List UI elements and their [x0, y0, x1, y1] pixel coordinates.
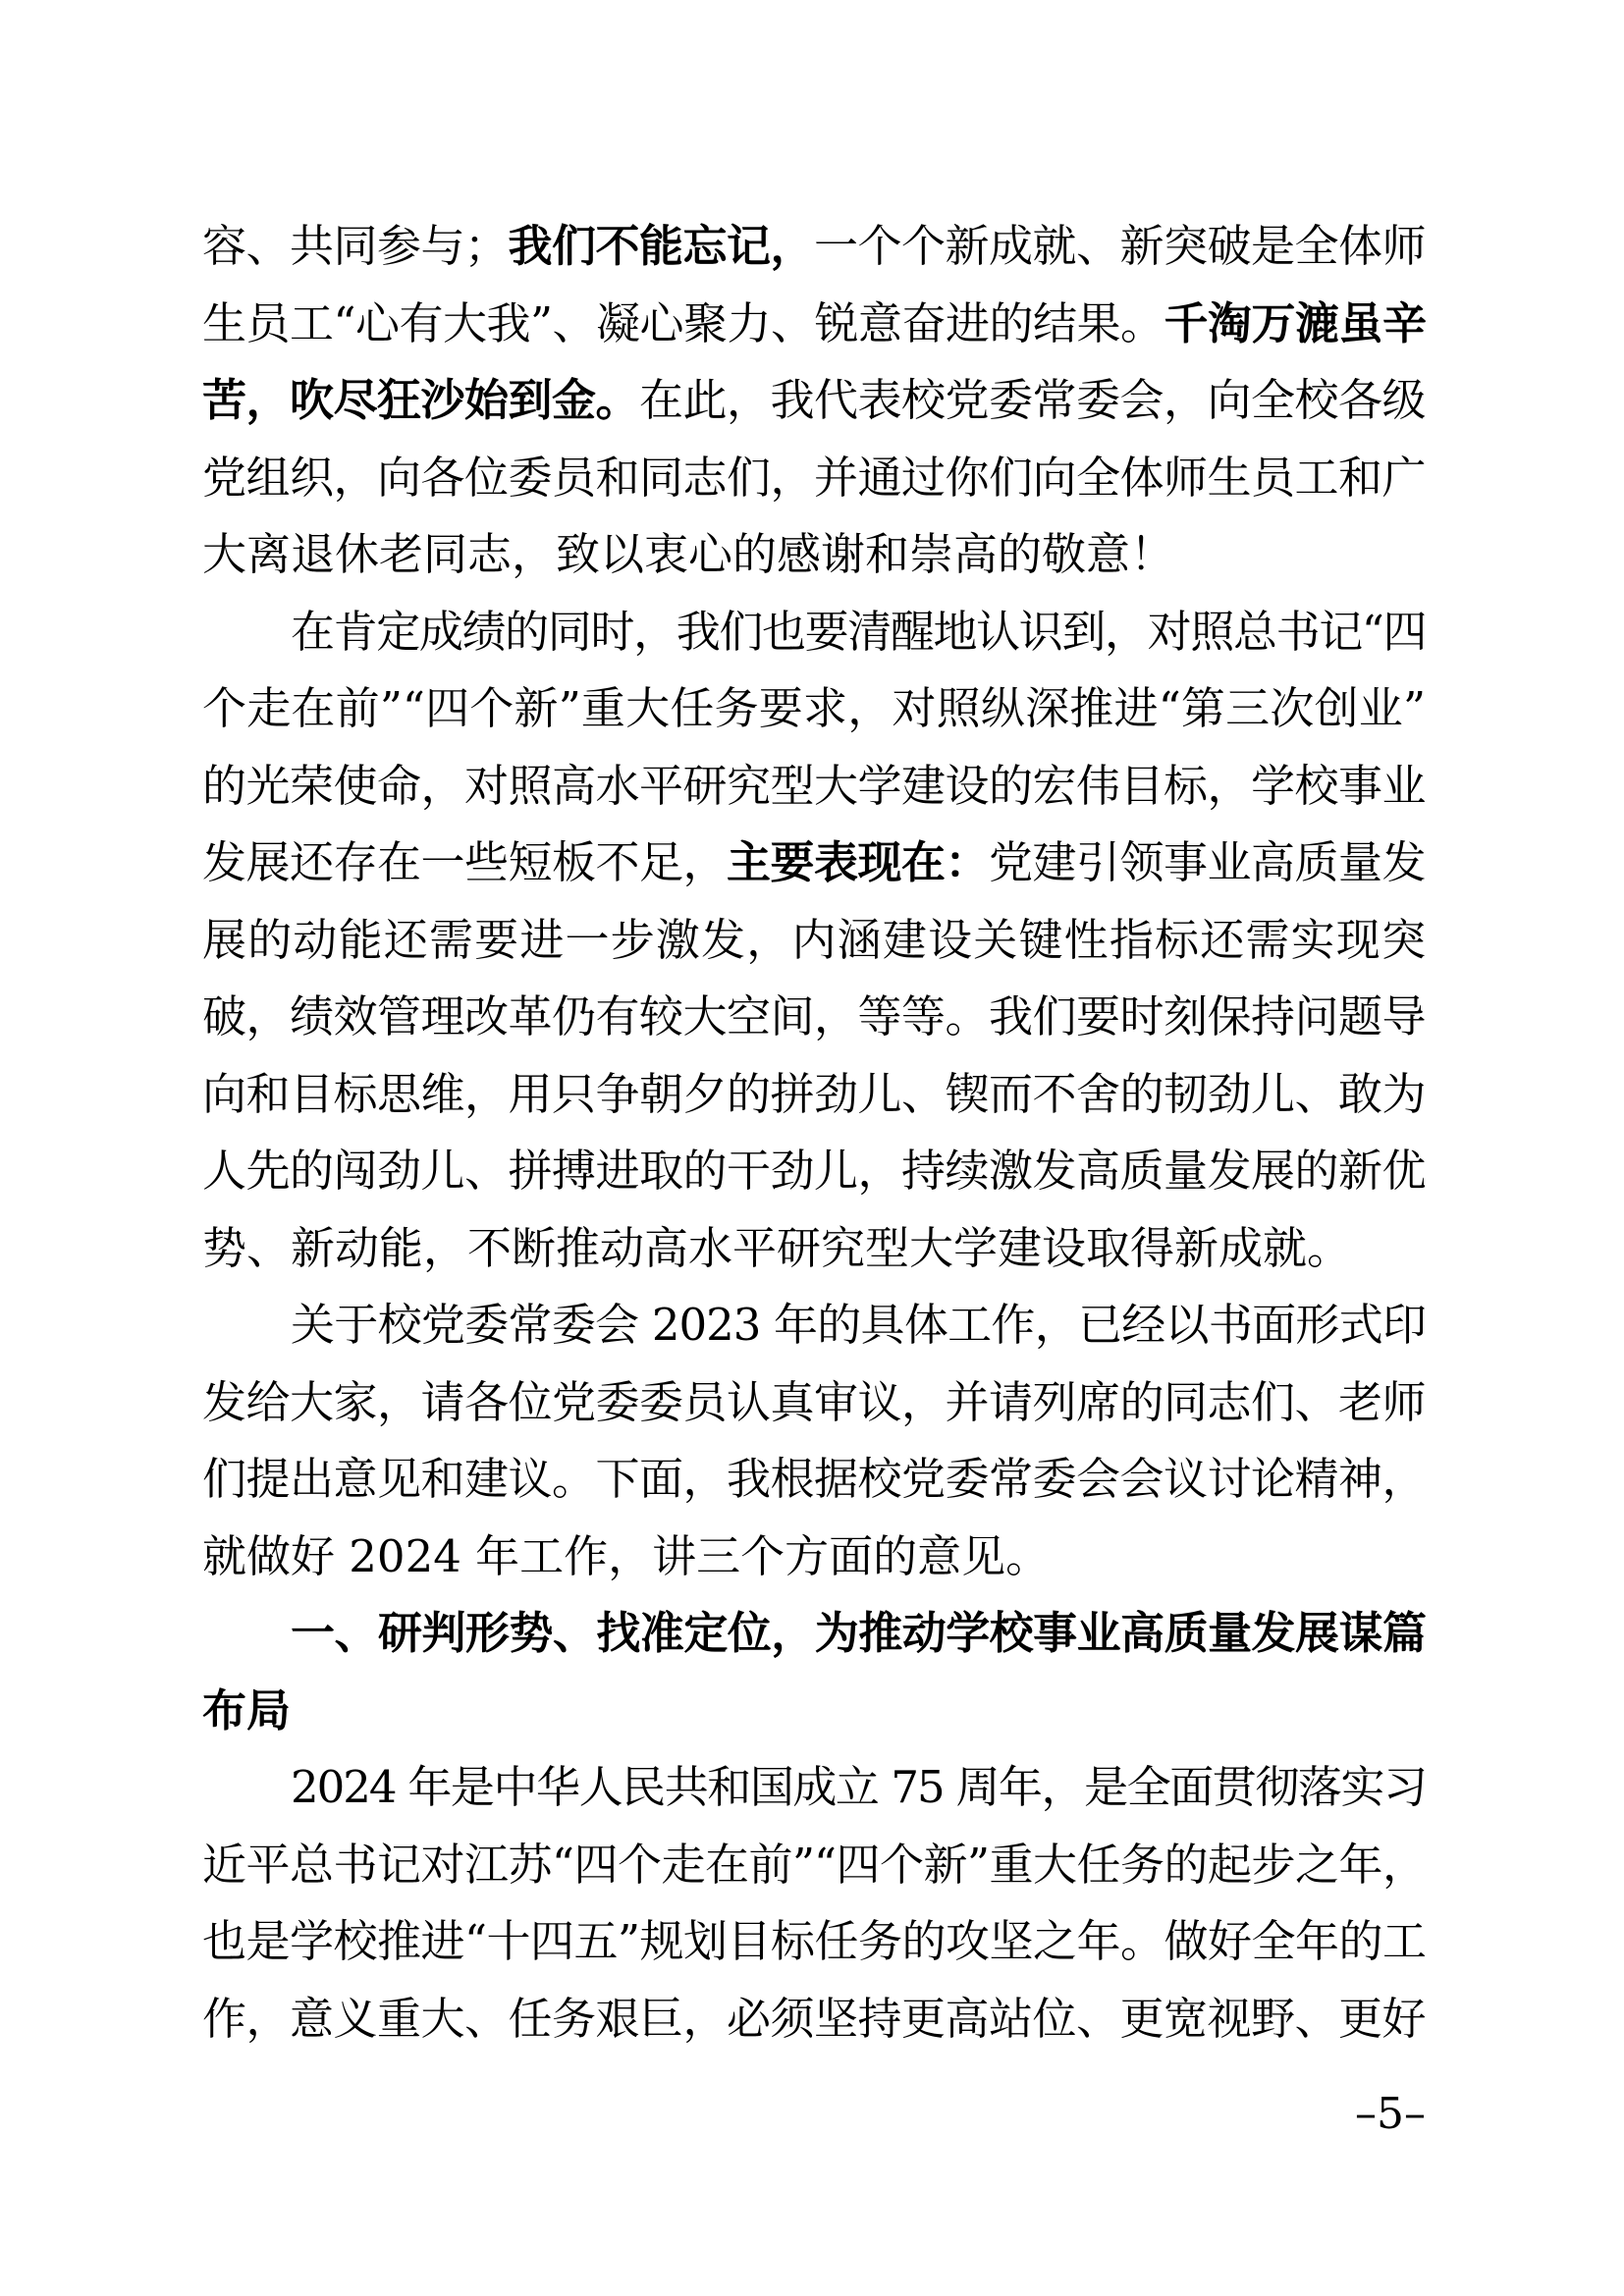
body-text: 向和目标思维，用只争朝夕的拼劲儿、锲而不舍的韧劲儿、敢为: [202, 1068, 1426, 1120]
text-line: 近平总书记对江苏“四个走在前”“四个新”重大任务的起步之年，: [202, 1827, 1426, 1904]
page-number: –5–: [1343, 2093, 1437, 2136]
body-text: 的光荣使命，对照高水平研究型大学建设的宏伟目标，学校事业: [202, 760, 1426, 812]
emphasis-text: 一、研判形势、找准定位，为推动学校事业高质量发展谋篇: [291, 1607, 1426, 1659]
body-text: 生员工“心有大我”、凝心聚力、锐意奋进的结果。: [202, 297, 1164, 349]
body-text: 关于校党委常委会 2023 年的具体工作，已经以书面形式印: [291, 1299, 1426, 1351]
text-line: 布局: [202, 1673, 1426, 1750]
body-text: 人先的闯劲儿、拼搏进取的干劲儿，持续激发高质量发展的新优: [202, 1145, 1426, 1197]
emphasis-text: 苦，吹尽狂沙始到金。: [202, 374, 639, 426]
emphasis-text: 布局: [202, 1684, 291, 1736]
body-text: 破，绩效管理改革仍有较大空间，等等。我们要时刻保持问题导: [202, 990, 1426, 1042]
body-text: 也是学校推进“十四五”规划目标任务的攻坚之年。做好全年的工: [202, 1915, 1426, 1967]
body-text: 党建引领事业高质量发: [989, 836, 1426, 888]
text-line: 向和目标思维，用只争朝夕的拼劲儿、锲而不舍的韧劲儿、敢为: [202, 1056, 1426, 1134]
text-line: 个走在前”“四个新”重大任务要求，对照纵深推进“第三次创业”: [202, 670, 1426, 748]
text-line: 人先的闯劲儿、拼搏进取的干劲儿，持续激发高质量发展的新优: [202, 1133, 1426, 1210]
body-text: 展的动能还需要进一步激发，内涵建设关键性指标还需实现突: [202, 914, 1426, 966]
body-text: 就做好 2024 年工作，讲三个方面的意见。: [202, 1530, 1050, 1582]
text-line: 的光荣使命，对照高水平研究型大学建设的宏伟目标，学校事业: [202, 748, 1426, 826]
emphasis-text: 我们不能忘记，: [509, 220, 815, 272]
text-line: 苦，吹尽狂沙始到金。在此，我代表校党委常委会，向全校各级: [202, 362, 1426, 440]
body-text: 在此，我代表校党委常委会，向全校各级: [639, 374, 1426, 426]
body-text: 个走在前”“四个新”重大任务要求，对照纵深推进“第三次创业”: [202, 682, 1426, 734]
text-line: 发展还存在一些短板不足，主要表现在：党建引领事业高质量发: [202, 825, 1426, 902]
body-text: 容、共同参与；: [202, 220, 509, 272]
text-line: 作，意义重大、任务艰巨，必须坚持更高站位、更宽视野、更好: [202, 1981, 1426, 2058]
text-line: 大离退休老同志，致以衷心的感谢和崇高的敬意！: [202, 516, 1426, 594]
body-text: 在肯定成绩的同时，我们也要清醒地认识到，对照总书记“四: [291, 606, 1426, 658]
body-text: 党组织，向各位委员和同志们，并通过你们向全体师生员工和广: [202, 452, 1426, 504]
text-line: 生员工“心有大我”、凝心聚力、锐意奋进的结果。千淘万漉虽辛: [202, 286, 1426, 363]
body-text: 一个个新成就、新突破是全体师: [814, 220, 1426, 272]
text-line: 一、研判形势、找准定位，为推动学校事业高质量发展谋篇: [202, 1595, 1426, 1673]
emphasis-text: 主要表现在：: [727, 836, 989, 888]
text-area: 容、共同参与；我们不能忘记，一个个新成就、新突破是全体师生员工“心有大我”、凝心…: [202, 208, 1426, 2057]
text-line: 就做好 2024 年工作，讲三个方面的意见。: [202, 1519, 1426, 1596]
body-text: 2024 年是中华人民共和国成立 75 周年，是全面贯彻落实习: [291, 1761, 1426, 1813]
body-text: 大离退休老同志，致以衷心的感谢和崇高的敬意！: [202, 528, 1174, 580]
body-text: 们提出意见和建议。下面，我根据校党委常委会会议讨论精神，: [202, 1453, 1426, 1505]
body-text: 近平总书记对江苏“四个走在前”“四个新”重大任务的起步之年，: [202, 1839, 1426, 1891]
text-line: 们提出意见和建议。下面，我根据校党委常委会会议讨论精神，: [202, 1441, 1426, 1519]
body-text: 发展还存在一些短板不足，: [202, 836, 727, 888]
text-line: 展的动能还需要进一步激发，内涵建设关键性指标还需实现突: [202, 902, 1426, 980]
text-line: 关于校党委常委会 2023 年的具体工作，已经以书面形式印: [202, 1287, 1426, 1364]
text-line: 容、共同参与；我们不能忘记，一个个新成就、新突破是全体师: [202, 208, 1426, 286]
body-text: 势、新动能，不断推动高水平研究型大学建设取得新成就。: [202, 1222, 1351, 1274]
text-line: 也是学校推进“十四五”规划目标任务的攻坚之年。做好全年的工: [202, 1903, 1426, 1981]
text-line: 发给大家，请各位党委委员认真审议，并请列席的同志们、老师: [202, 1364, 1426, 1442]
document-page: 容、共同参与；我们不能忘记，一个个新成就、新突破是全体师生员工“心有大我”、凝心…: [0, 0, 1624, 2296]
body-text: 作，意义重大、任务艰巨，必须坚持更高站位、更宽视野、更好: [202, 1993, 1426, 2045]
emphasis-text: 千淘万漉虽辛: [1164, 297, 1427, 349]
text-line: 势、新动能，不断推动高水平研究型大学建设取得新成就。: [202, 1210, 1426, 1288]
text-line: 党组织，向各位委员和同志们，并通过你们向全体师生员工和广: [202, 440, 1426, 517]
text-line: 破，绩效管理改革仍有较大空间，等等。我们要时刻保持问题导: [202, 979, 1426, 1056]
text-line: 在肯定成绩的同时，我们也要清醒地认识到，对照总书记“四: [202, 594, 1426, 671]
text-line: 2024 年是中华人民共和国成立 75 周年，是全面贯彻落实习: [202, 1749, 1426, 1827]
body-text: 发给大家，请各位党委委员认真审议，并请列席的同志们、老师: [202, 1376, 1426, 1428]
